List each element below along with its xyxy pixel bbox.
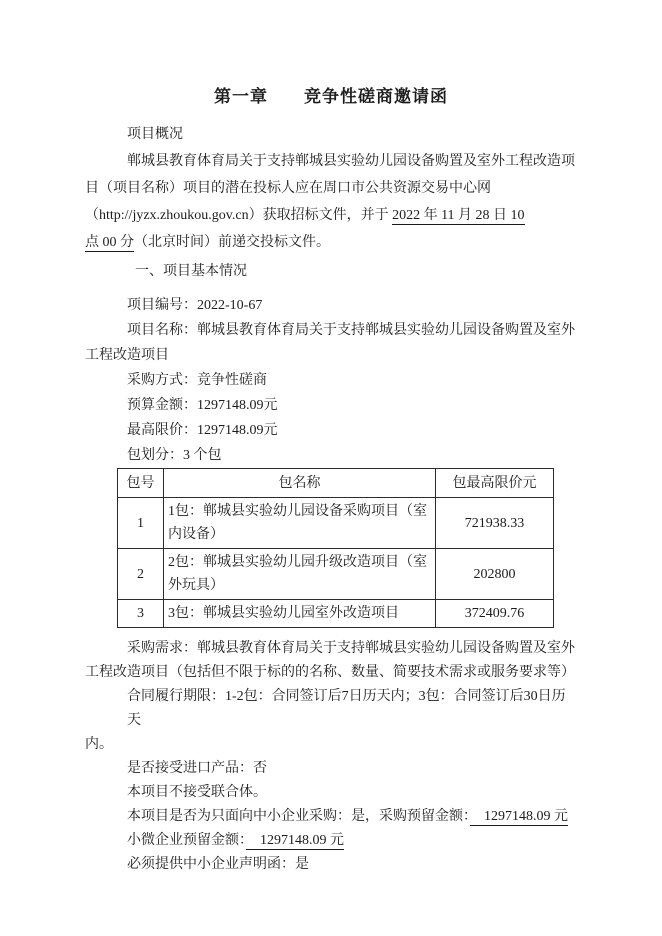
- table-row: 2 2包：郸城县实验幼儿园升级改造项目（室外玩具） 202800: [118, 549, 554, 600]
- procurement-demand-line-1: 采购需求：郸城县教育体育局关于支持郸城县实验幼儿园设备购置及室外: [85, 637, 577, 661]
- header-package-name: 包名称: [164, 469, 436, 498]
- deadline-date-underlined: 2022 年 11 月 28 日 10: [392, 208, 524, 225]
- overview-label: 项目概况: [85, 121, 577, 148]
- micro-enterprise-line: 小微企业预留金额： 1297148.09 元: [85, 829, 577, 853]
- basic-info-section: 项目编号：2022-10-67 项目名称：郸城县教育体育局关于支持郸城县实验幼儿…: [85, 293, 577, 468]
- requirements-section: 采购需求：郸城县教育体育局关于支持郸城县实验幼儿园设备购置及室外 工程改造项目（…: [85, 637, 577, 877]
- contract-term-line-2: 内。: [85, 733, 577, 757]
- project-name-line-1: 项目名称：郸城县教育体育局关于支持郸城县实验幼儿园设备购置及室外: [85, 318, 577, 343]
- chapter-number: 第一章: [214, 87, 268, 106]
- package-name-cell: 1包：郸城县实验幼儿园设备采购项目（室内设备）: [164, 498, 436, 549]
- package-no-cell: 3: [118, 600, 164, 628]
- micro-label-text: 小微企业预留金额：: [127, 833, 246, 848]
- import-products-line: 是否接受进口产品：否: [85, 757, 577, 781]
- package-no-cell: 1: [118, 498, 164, 549]
- section-heading-basic-info: 一、项目基本情况: [85, 258, 577, 285]
- project-overview-section: 项目概况 郸城县教育体育局关于支持郸城县实验幼儿园设备购置及室外工程改造项 目（…: [85, 121, 577, 256]
- sme-declaration-line: 必须提供中小企业声明函：是: [85, 853, 577, 877]
- page-title: 第一章竞争性磋商邀请函: [85, 85, 577, 109]
- table-row: 1 1包：郸城县实验幼儿园设备采购项目（室内设备） 721938.33: [118, 498, 554, 549]
- header-package-max-price: 包最高限价元: [436, 469, 554, 498]
- sme-reserved-amount-underlined: 1297148.09 元: [470, 809, 568, 826]
- package-price-cell: 721938.33: [436, 498, 554, 549]
- procurement-demand-line-2: 工程改造项目（包括但不限于标的的名称、数量、简要技术需求或服务要求等）: [85, 661, 577, 685]
- header-package-no: 包号: [118, 469, 164, 498]
- project-number: 项目编号：2022-10-67: [85, 293, 577, 318]
- package-name-cell: 2包：郸城县实验幼儿园升级改造项目（室外玩具）: [164, 549, 436, 600]
- deadline-suffix-text: （北京时间）前递交投标文件。: [134, 235, 330, 250]
- max-price-limit: 最高限价：1297148.09元: [85, 418, 577, 443]
- micro-reserved-amount-underlined: 1297148.09 元: [246, 833, 344, 850]
- package-price-cell: 202800: [436, 549, 554, 600]
- consortium-line: 本项目不接受联合体。: [85, 781, 577, 805]
- package-no-cell: 2: [118, 549, 164, 600]
- package-division: 包划分：3 个包: [85, 443, 577, 468]
- contract-term-line-1: 合同履行期限：1-2包：合同签订后7日历天内；3包：合同签订后30日历天: [85, 685, 577, 733]
- table-header-row: 包号 包名称 包最高限价元: [118, 469, 554, 498]
- document-page: 第一章竞争性磋商邀请函 项目概况 郸城县教育体育局关于支持郸城县实验幼儿园设备购…: [0, 0, 662, 936]
- sme-procurement-line: 本项目是否为只面向中小企业采购：是，采购预留金额： 1297148.09 元: [85, 805, 577, 829]
- intro-line-2: 目（项目名称）项目的潜在投标人应在周口市公共资源交易中心网: [85, 175, 577, 202]
- chapter-title: 竞争性磋商邀请函: [304, 87, 448, 106]
- obtain-docs-text: （http://jyzx.zhoukou.gov.cn）获取招标文件，并于: [85, 208, 392, 223]
- package-table: 包号 包名称 包最高限价元 1 1包：郸城县实验幼儿园设备采购项目（室内设备） …: [117, 468, 554, 628]
- procurement-method: 采购方式：竞争性磋商: [85, 368, 577, 393]
- table-row: 3 3包：郸城县实验幼儿园室外改造项目 372409.76: [118, 600, 554, 628]
- sme-question-text: 本项目是否为只面向中小企业采购：是，采购预留金额：: [127, 809, 470, 824]
- budget-amount: 预算金额：1297148.09元: [85, 393, 577, 418]
- intro-line-1: 郸城县教育体育局关于支持郸城县实验幼儿园设备购置及室外工程改造项: [85, 148, 577, 175]
- package-price-cell: 372409.76: [436, 600, 554, 628]
- project-name-line-2: 工程改造项目: [85, 343, 577, 368]
- intro-line-3: （http://jyzx.zhoukou.gov.cn）获取招标文件，并于 20…: [85, 202, 577, 229]
- package-name-cell: 3包：郸城县实验幼儿园室外改造项目: [164, 600, 436, 628]
- intro-line-4: 点 00 分（北京时间）前递交投标文件。: [85, 229, 577, 256]
- deadline-time-underlined: 点 00 分: [85, 235, 134, 252]
